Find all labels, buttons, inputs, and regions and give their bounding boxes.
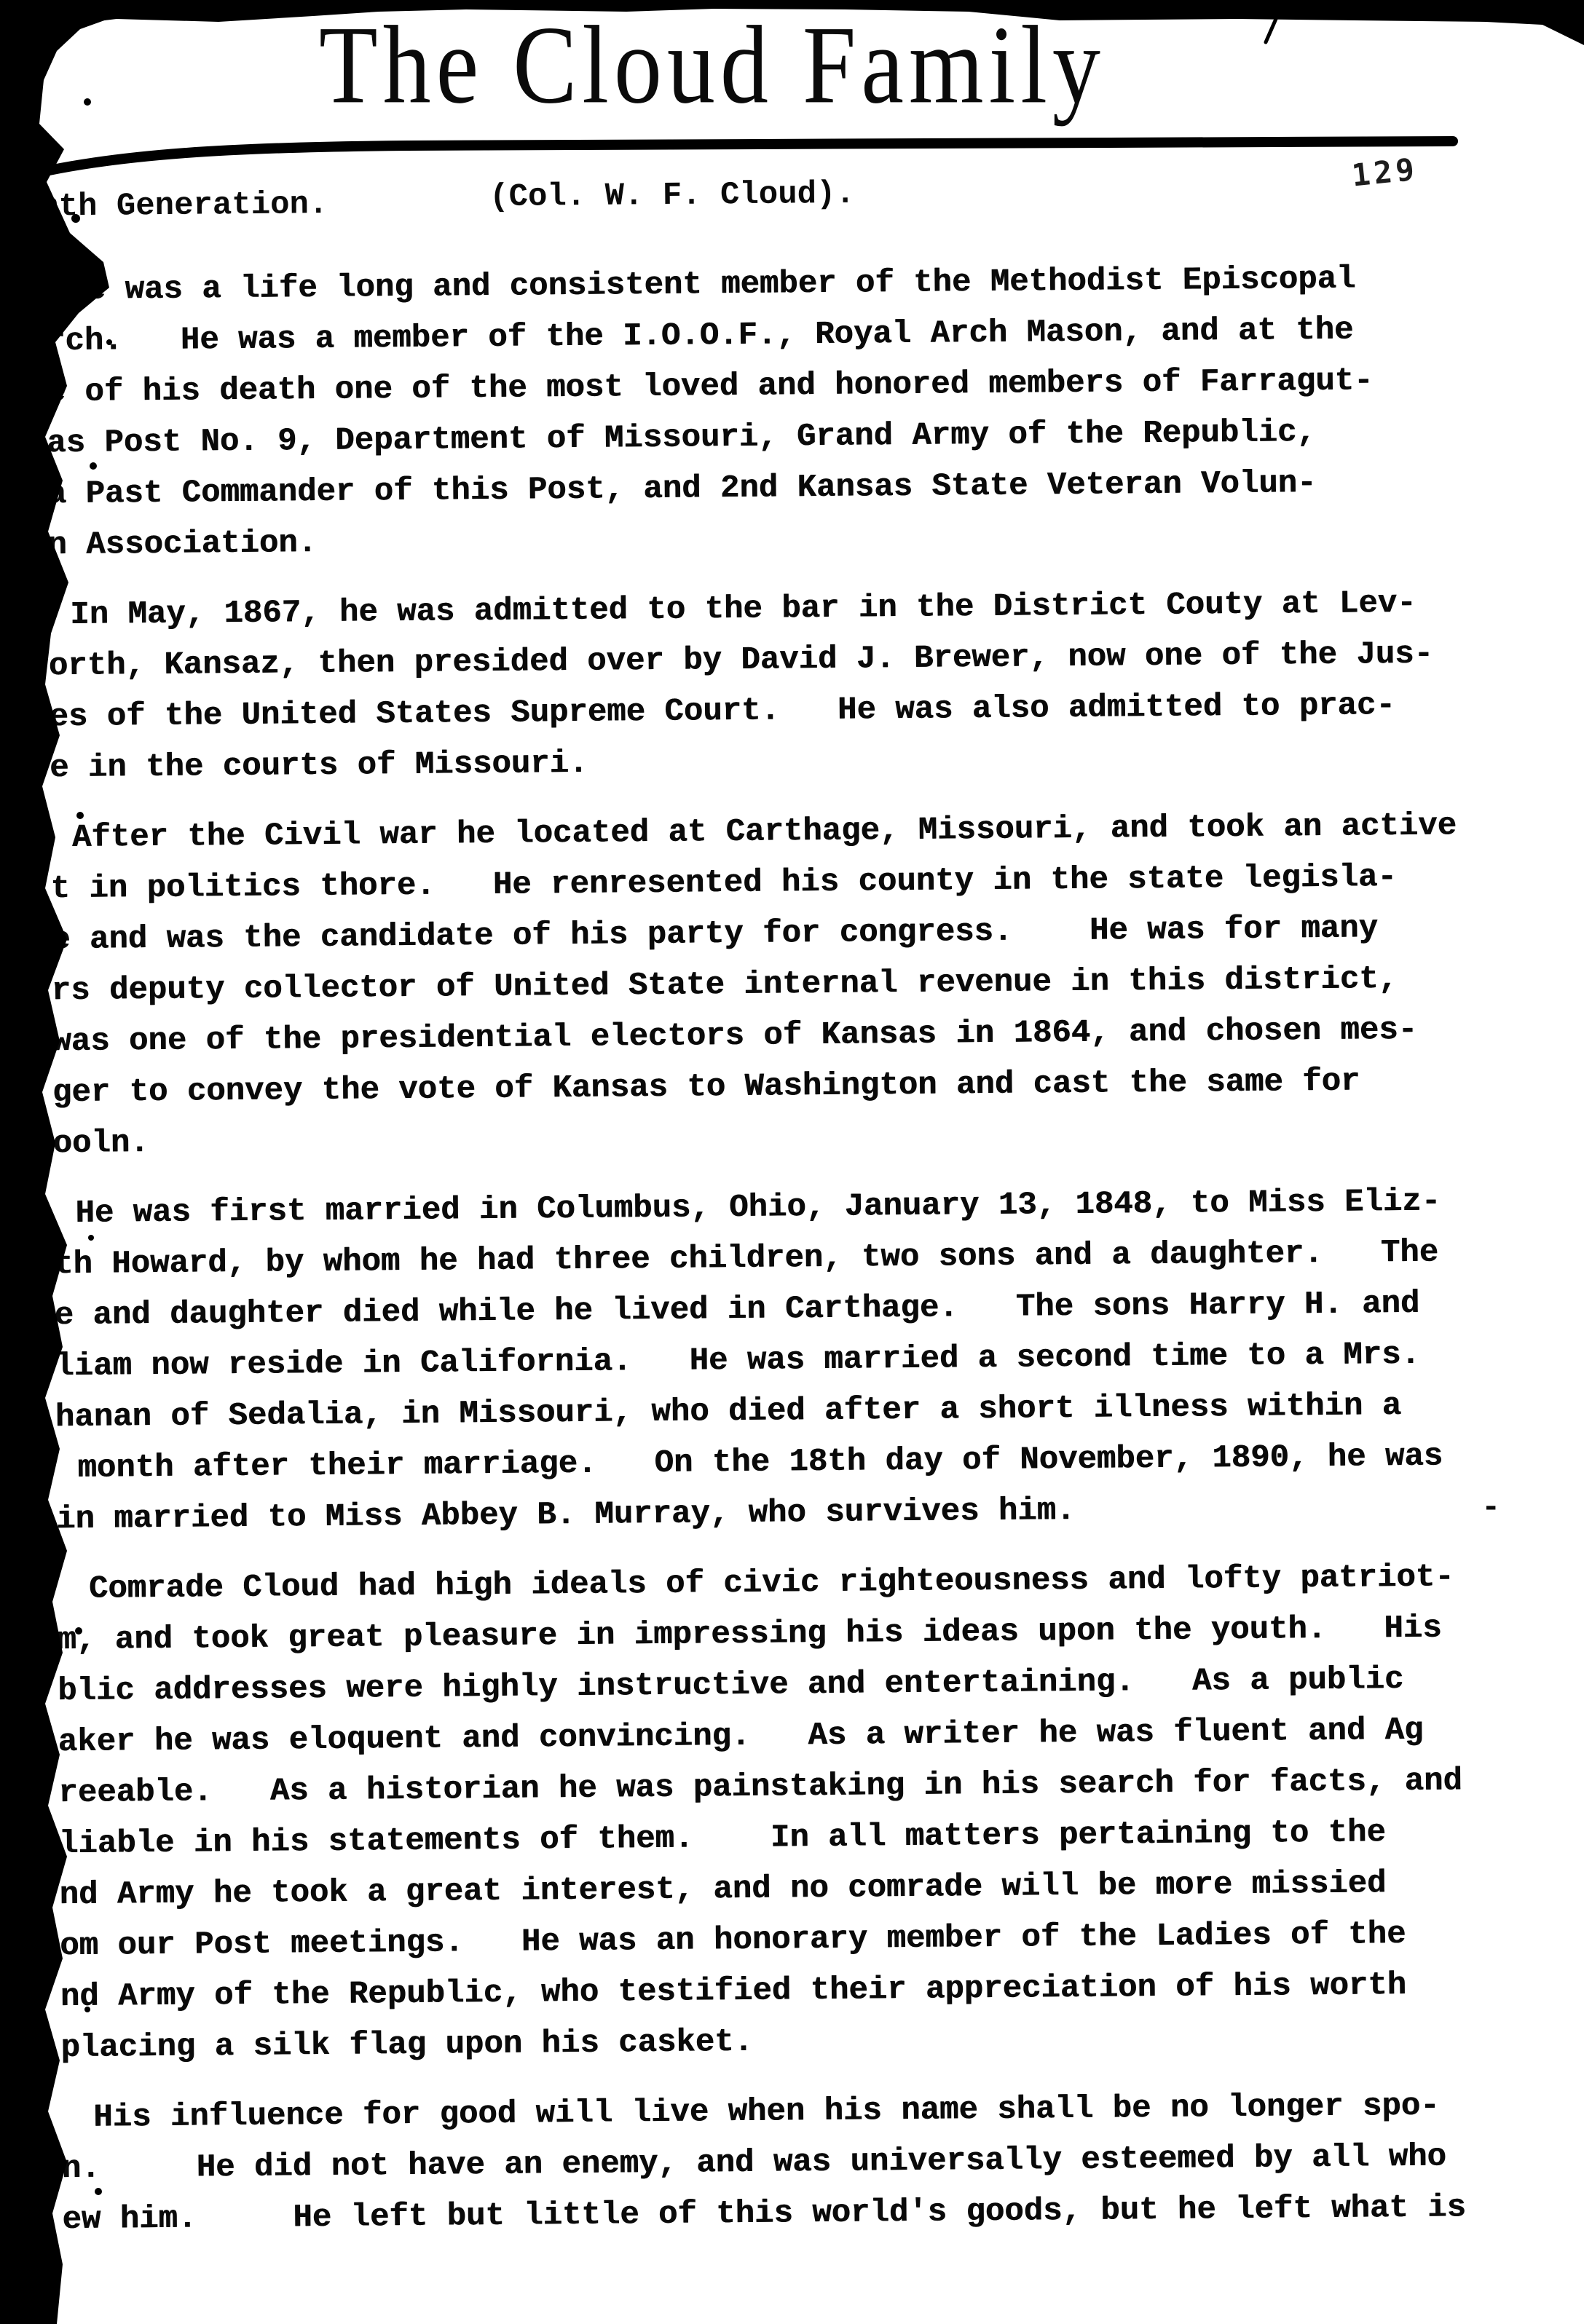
stray-dash-mark: - <box>1481 1490 1500 1526</box>
stray-slash <box>1266 19 1276 42</box>
section-header: nth Generation. (Col. W. F. Cloud). <box>0 170 1584 234</box>
paragraph-6: His influence for good will live when hi… <box>83 2079 1556 2245</box>
subject-label: (Col. W. F. Cloud). <box>489 176 855 216</box>
paragraph-4: He was first married in Columbus, Ohio, … <box>75 1175 1549 1545</box>
paragraph-2: In May, 1867, he was admitted to the bar… <box>70 577 1542 794</box>
speckle <box>84 98 91 106</box>
scanned-document-page: The Cloud Family 129 nth Generation. (Co… <box>0 0 1584 2324</box>
generation-label: nth Generation. <box>39 186 328 225</box>
page-title: The Cloud Family <box>319 0 1106 129</box>
paragraph-3: After the Civil war he located at Cartha… <box>72 799 1546 1169</box>
paragraph-1: He was a life long and consistent member… <box>67 252 1541 571</box>
paragraph-5: Comrade Cloud had high ideals of civic r… <box>79 1551 1554 2074</box>
body-text: He was a life long and consistent member… <box>67 252 1556 2264</box>
